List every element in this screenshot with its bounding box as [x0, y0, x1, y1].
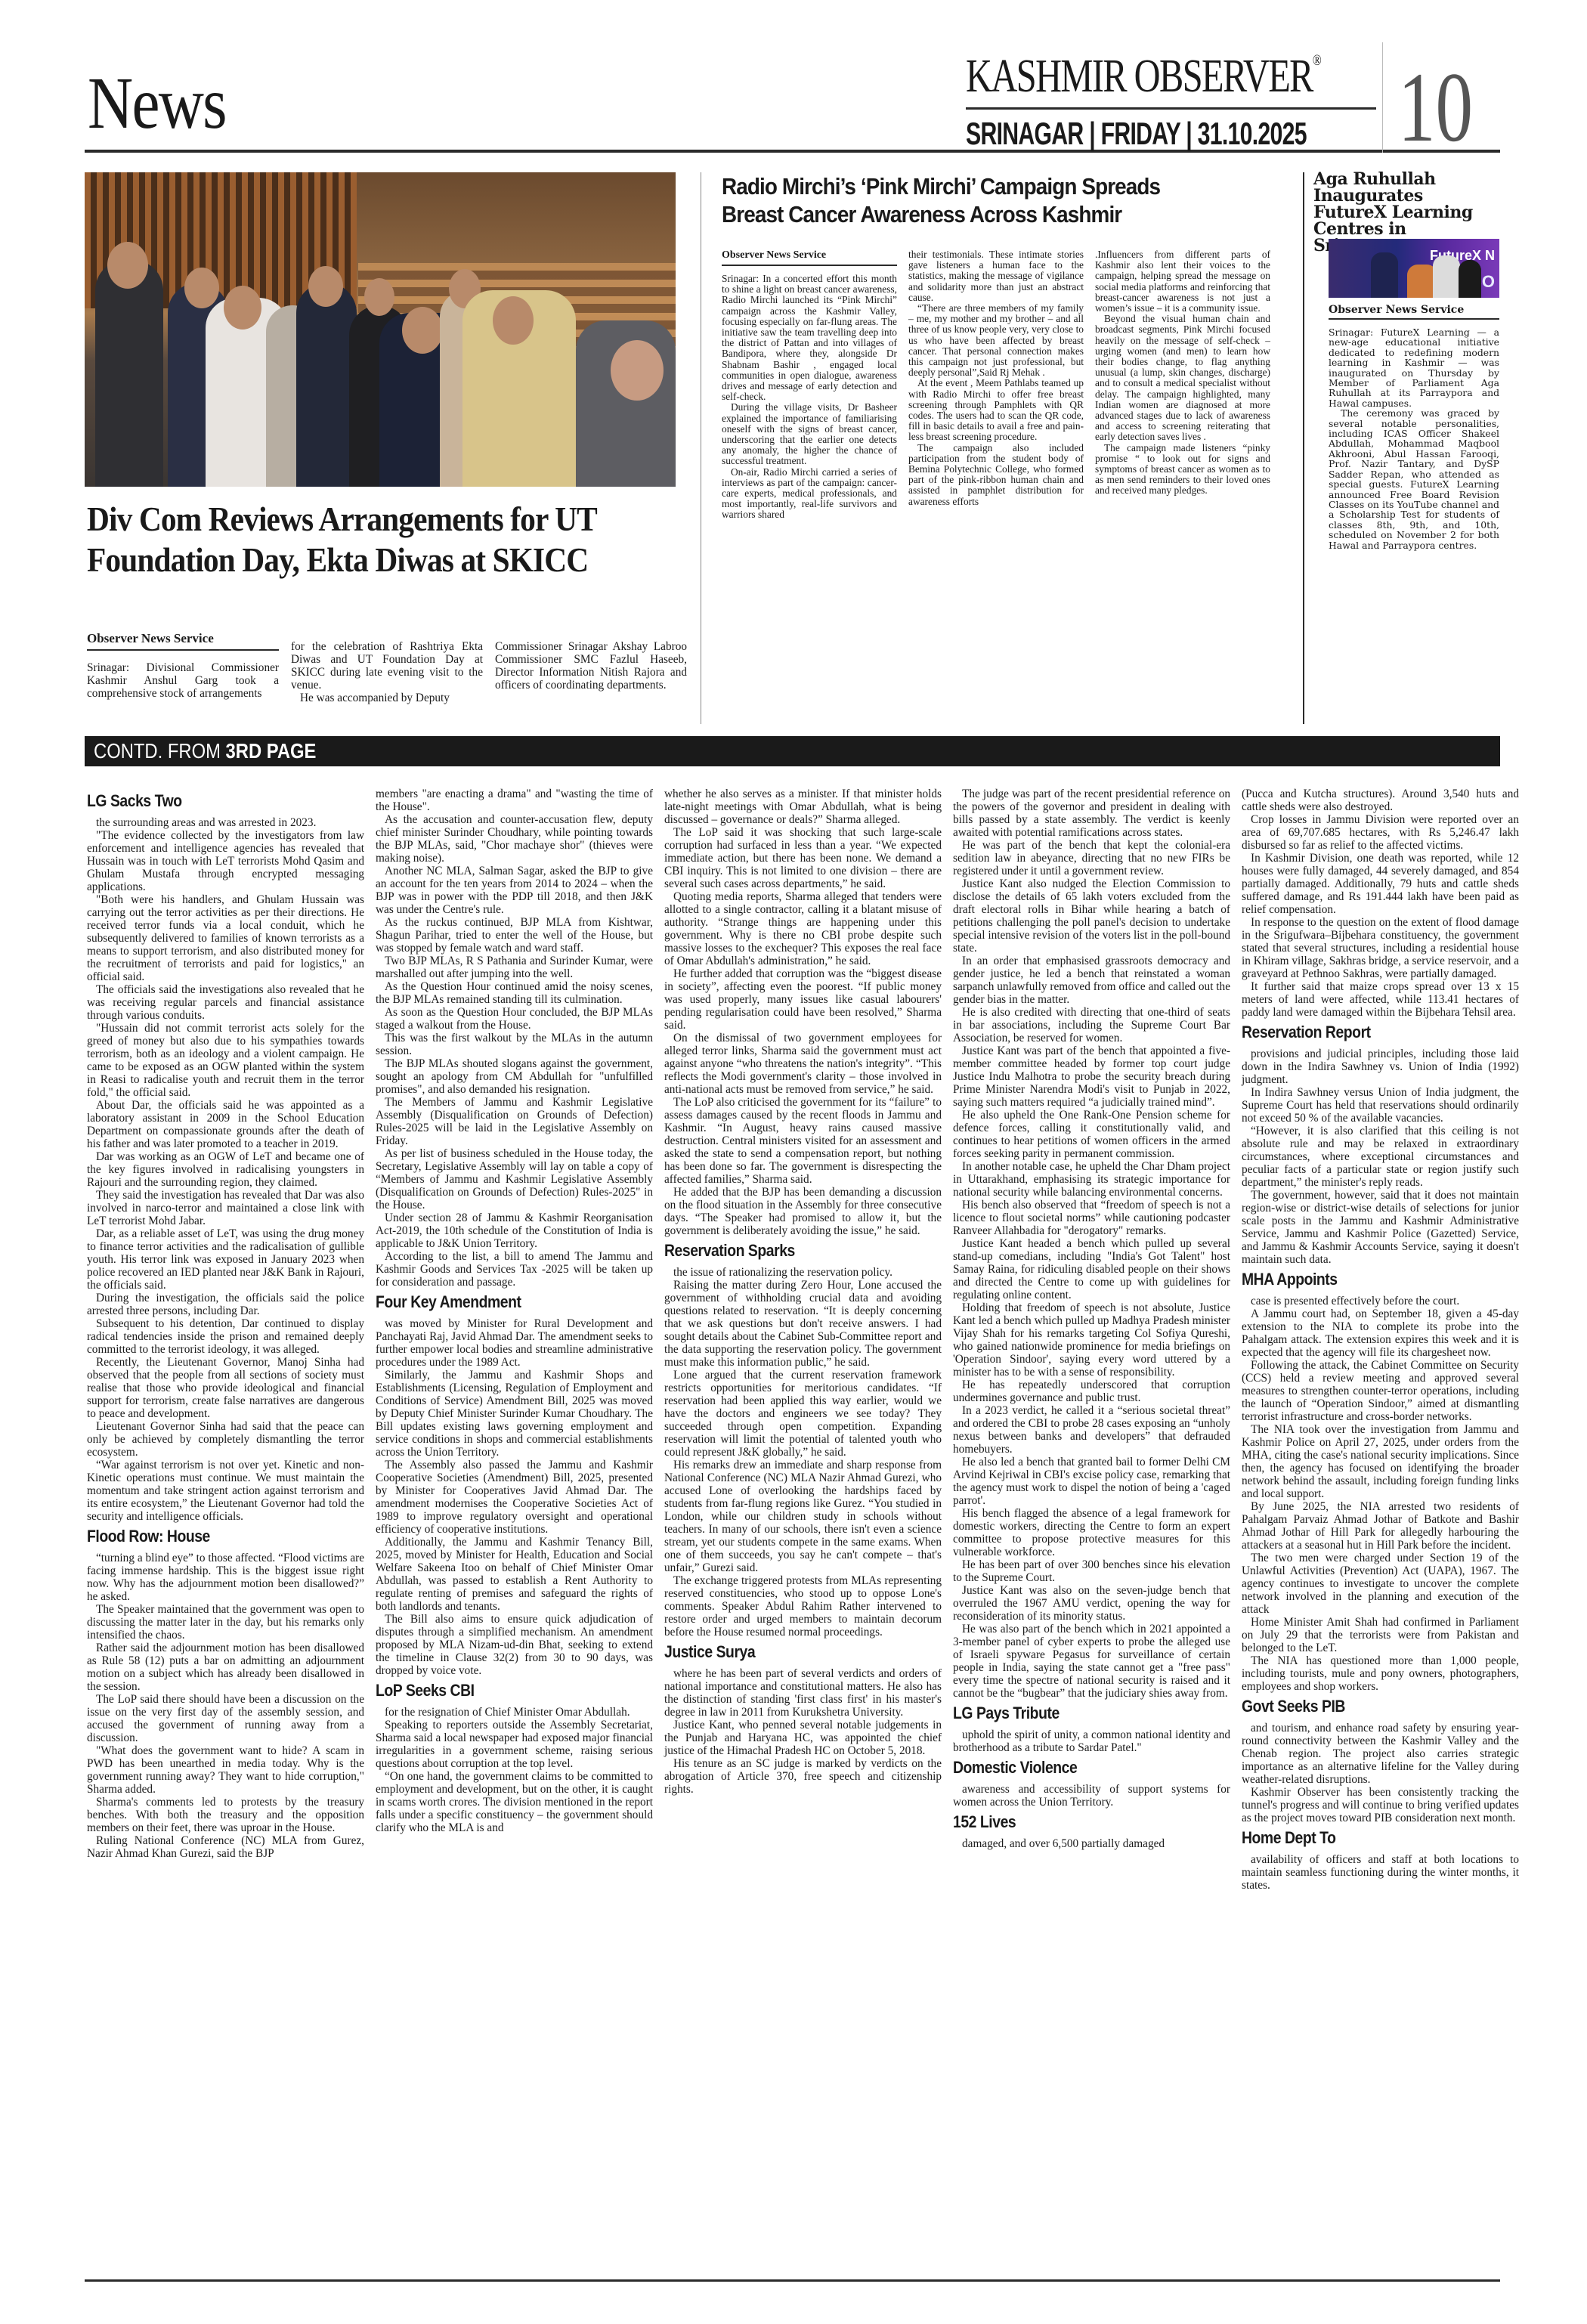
paragraph: uphold the spirit of unity, a common nat…	[953, 1728, 1230, 1754]
paragraph: His bench also observed that “freedom of…	[953, 1199, 1230, 1237]
subhead: Justice Surya	[664, 1642, 908, 1663]
paragraph: The exchange triggered protests from MLA…	[664, 1574, 942, 1639]
paragraph: Holding that freedom of speech is not ab…	[953, 1301, 1230, 1379]
masthead-divider	[1382, 42, 1383, 153]
paragraph: They said the investigation has revealed…	[87, 1189, 364, 1227]
paragraph: for the resignation of Chief Minister Om…	[376, 1706, 653, 1719]
paragraph: damaged, and over 6,500 partially damage…	[953, 1837, 1230, 1850]
paragraph: Sharma's comments led to protests by the…	[87, 1796, 364, 1834]
page-number: 10	[1398, 57, 1473, 157]
column-divider	[701, 172, 701, 724]
paragraph: On-air, Radio Mirchi carried a series of…	[722, 467, 897, 521]
paragraph: The judge was part of the recent preside…	[953, 788, 1230, 839]
paragraph: provisions and judicial principles, incl…	[1242, 1048, 1519, 1086]
paragraph: The BJP MLAs shouted slogans against the…	[376, 1057, 653, 1096]
paragraph: In an order that emphasised grassroots d…	[953, 955, 1230, 1006]
paragraph: "What does the government want to hide? …	[87, 1744, 364, 1796]
paragraph: “War against terrorism is not over yet. …	[87, 1459, 364, 1523]
subhead: LG Pays Tribute	[953, 1703, 1197, 1724]
paragraph: As the accusation and counter-accusation…	[376, 813, 653, 865]
photo-person	[95, 260, 163, 487]
divcom-headline: Div Com Reviews Arrangements for UT Foun…	[87, 499, 631, 580]
registered-mark: ®	[1313, 52, 1320, 69]
paragraph: The Members of Jammu and Kashmir Legisla…	[376, 1096, 653, 1147]
paragraph: As the ruckus continued, BJP MLA from Ki…	[376, 916, 653, 955]
paragraph: Rather said the adjournment motion has b…	[87, 1642, 364, 1693]
paragraph: He added that the BJP has been demanding…	[664, 1186, 942, 1237]
continued-col-1: LG Sacks Twothe surrounding areas and wa…	[87, 788, 364, 1860]
paragraph: and tourism, and enhance road safety by …	[1242, 1722, 1519, 1786]
photo-person	[1371, 252, 1398, 298]
paragraph: Additionally, the Jammu and Kashmir Tena…	[376, 1536, 653, 1613]
paragraph: case is presented effectively before the…	[1242, 1295, 1519, 1307]
subhead: 152 Lives	[953, 1812, 1197, 1833]
paragraph: Srinagar: In a concerted effort this mon…	[722, 274, 897, 402]
paragraph: “turning a blind eye” to those affected.…	[87, 1552, 364, 1603]
paragraph: The campaign made listeners “pinky promi…	[1095, 443, 1270, 497]
photo-person	[296, 283, 357, 487]
paragraph: It further said that maize crops spread …	[1242, 980, 1519, 1019]
paragraph: He also led a bench that granted bail to…	[953, 1456, 1230, 1507]
divcom-photo	[85, 172, 676, 487]
paragraph: A Jammu court had, on September 18, give…	[1242, 1307, 1519, 1359]
photo-person	[1459, 260, 1481, 298]
paragraph: Raising the matter during Zero Hour, Lon…	[664, 1279, 942, 1369]
paragraph: Lieutenant Governor Sinha had said that …	[87, 1420, 364, 1459]
continued-from-banner: CONTD. FROM 3RD PAGE	[85, 736, 1500, 766]
paragraph: His tenure as an SC judge is marked by v…	[664, 1757, 942, 1796]
continued-col-4: The judge was part of the recent preside…	[953, 788, 1230, 1850]
pinkmirchi-col-1: Observer News Service Srinagar: In a con…	[722, 249, 897, 521]
paragraph: About Dar, the officials said he was app…	[87, 1099, 364, 1150]
paragraph: In another notable case, he upheld the C…	[953, 1160, 1230, 1199]
paragraph: The LoP said there should have been a di…	[87, 1693, 364, 1744]
paragraph: The officials said the investigations al…	[87, 983, 364, 1022]
subhead: Home Dept To	[1242, 1827, 1486, 1849]
paragraph: Srinagar: Divisional Commissioner Kashmi…	[87, 661, 279, 700]
paragraph: The two men were charged under Section 1…	[1242, 1552, 1519, 1616]
paragraph: was moved by Minister for Rural Developm…	[376, 1317, 653, 1369]
paragraph: Another NC MLA, Salman Sagar, asked the …	[376, 865, 653, 916]
pinkmirchi-col-2: their testimonials. These intimate stori…	[908, 249, 1084, 507]
paragraph: As soon as the Question Hour concluded, …	[376, 1006, 653, 1032]
photo-head	[308, 266, 343, 307]
photo-head	[493, 296, 534, 345]
brand-block: KASHMIR OBSERVER® SRINAGAR | FRIDAY | 31…	[966, 53, 1389, 152]
paragraph: Recently, the Lieutenant Governor, Manoj…	[87, 1356, 364, 1420]
brand-rule	[966, 107, 1376, 110]
paragraph: Home Minister Amit Shah had confirmed in…	[1242, 1616, 1519, 1654]
dateline: SRINAGAR | FRIDAY | 31.10.2025	[966, 116, 1270, 152]
divcom-col-1: Observer News Service Srinagar: Division…	[87, 631, 279, 700]
paragraph: This was the first walkout by the MLAs i…	[376, 1032, 653, 1057]
photo-head	[611, 340, 664, 401]
subhead: Domestic Violence	[953, 1757, 1197, 1778]
paragraph: He further added that corruption was the…	[664, 967, 942, 1032]
subhead: Four Key Amendment	[376, 1292, 620, 1313]
paragraph: His bench flagged the absence of a legal…	[953, 1507, 1230, 1558]
paragraph: He has repeatedly underscored that corru…	[953, 1379, 1230, 1404]
page-bottom-rule	[85, 2279, 1500, 2282]
paragraph: Crop losses in Jammu Division were repor…	[1242, 813, 1519, 852]
paragraph: The Speaker maintained that the governme…	[87, 1603, 364, 1642]
paragraph: members "are enacting a drama" and "wast…	[376, 788, 653, 813]
paragraph: Justice Kant also nudged the Election Co…	[953, 877, 1230, 955]
paragraph: During the investigation, the officials …	[87, 1292, 364, 1317]
paragraph: His remarks drew an immediate and sharp …	[664, 1459, 942, 1574]
paragraph: In Indira Sawhney versus Union of India …	[1242, 1086, 1519, 1125]
paragraph: The Bill also aims to ensure quick adjud…	[376, 1613, 653, 1677]
paragraph: their testimonials. These intimate stori…	[908, 249, 1084, 303]
subhead: LoP Seeks CBI	[376, 1680, 620, 1701]
paragraph: “There are three members of my family – …	[908, 303, 1084, 378]
paragraph: Speaking to reporters outside the Assemb…	[376, 1719, 653, 1770]
pinkmirchi-headline: Radio Mirchi’s ‘Pink Mirchi’ Campaign Sp…	[722, 172, 1225, 228]
paragraph: “On one hand, the government claims to b…	[376, 1770, 653, 1834]
paragraph: According to the list, a bill to amend T…	[376, 1250, 653, 1289]
paragraph: "Hussain did not commit terrorist acts s…	[87, 1022, 364, 1099]
paragraph: At the event , Meem Pathlabs teamed up w…	[908, 378, 1084, 442]
paragraph: In response to the question on the exten…	[1242, 916, 1519, 980]
paragraph: Following the attack, the Cabinet Commit…	[1242, 1359, 1519, 1423]
paragraph: Similarly, the Jammu and Kashmir Shops a…	[376, 1369, 653, 1459]
photo-head	[107, 242, 148, 289]
paragraph: Justice Kant was also on the seven-judge…	[953, 1584, 1230, 1623]
paragraph: He was part of the bench that kept the c…	[953, 839, 1230, 877]
paragraph: Two BJP MLAs, R S Pathania and Surinder …	[376, 955, 653, 980]
paragraph: availability of officers and staff at bo…	[1242, 1853, 1519, 1892]
paragraph: He was accompanied by Deputy	[291, 692, 483, 704]
paragraph: The NIA has questioned more than 1,000 p…	[1242, 1654, 1519, 1693]
paragraph: Subsequent to his detention, Dar continu…	[87, 1317, 364, 1356]
pinkmirchi-col-3: .Influencers from different parts of Kas…	[1095, 249, 1270, 497]
paragraph: The NIA took over the investigation from…	[1242, 1423, 1519, 1500]
paragraph: Beyond the visual human chain and broadc…	[1095, 314, 1270, 442]
paragraph: Lone argued that the current reservation…	[664, 1369, 942, 1459]
paragraph: The LoP also criticised the government f…	[664, 1096, 942, 1186]
divcom-col-3: Commissioner Srinagar Akshay Labroo Comm…	[495, 640, 687, 692]
photo-head	[224, 286, 261, 330]
paragraph: On the dismissal of two government emplo…	[664, 1032, 942, 1096]
section-title: News	[88, 67, 226, 141]
subhead: Reservation Sparks	[664, 1240, 908, 1261]
paragraph: awareness and accessibility of support s…	[953, 1783, 1230, 1809]
paragraph: .Influencers from different parts of Kas…	[1095, 249, 1270, 314]
paragraph: “However, it is also clarified that this…	[1242, 1125, 1519, 1189]
paragraph: Srinagar: FutureX Learning — a new-age e…	[1329, 327, 1499, 408]
subhead: Govt Seeks PIB	[1242, 1696, 1486, 1717]
paragraph: The government, however, said that it do…	[1242, 1189, 1519, 1266]
paragraph: the surrounding areas and was arrested i…	[87, 816, 364, 829]
paragraph: Quoting media reports, Sharma alleged th…	[664, 890, 942, 967]
paragraph: Justice Kant headed a bench which pulled…	[953, 1237, 1230, 1301]
paragraph: Kashmir Observer has been consistently t…	[1242, 1786, 1519, 1824]
paragraph: whether he also serves as a minister. If…	[664, 788, 942, 826]
photo-head	[184, 268, 219, 308]
paragraph: The Assembly also passed the Jammu and K…	[376, 1459, 653, 1536]
subhead: Flood Row: House	[87, 1526, 331, 1547]
paragraph: Under section 28 of Jammu & Kashmir Reor…	[376, 1212, 653, 1250]
paragraph: As per list of business scheduled in the…	[376, 1147, 653, 1212]
paragraph: the issue of rationalizing the reservati…	[664, 1266, 942, 1279]
paragraph: He also upheld the One Rank-One Pension …	[953, 1109, 1230, 1160]
paragraph: Dar, as a reliable asset of LeT, was usi…	[87, 1227, 364, 1292]
paragraph: Justice Kant was part of the bench that …	[953, 1044, 1230, 1109]
paragraph: (Pucca and Kutcha structures). Around 3,…	[1242, 788, 1519, 813]
subhead: MHA Appoints	[1242, 1269, 1486, 1290]
paragraph: Commissioner Srinagar Akshay Labroo Comm…	[495, 640, 687, 692]
paragraph: During the village visits, Dr Basheer ex…	[722, 402, 897, 466]
newspaper-logo: KASHMIR OBSERVER®	[966, 53, 1296, 97]
photo-person	[1433, 255, 1460, 298]
paragraph: "The evidence collected by the investiga…	[87, 829, 364, 893]
paragraph: for the celebration of Rashtriya Ekta Di…	[291, 640, 483, 692]
subhead: Reservation Report	[1242, 1022, 1486, 1043]
continued-col-5: (Pucca and Kutcha structures). Around 3,…	[1242, 788, 1519, 1892]
paragraph: In a 2023 verdict, he called it a “serio…	[953, 1404, 1230, 1456]
paragraph: He is also credited with directing that …	[953, 1006, 1230, 1044]
subhead: LG Sacks Two	[87, 791, 331, 812]
continued-col-3: whether he also serves as a minister. If…	[664, 788, 942, 1796]
paragraph: The ceremony was graced by several notab…	[1329, 408, 1499, 550]
continued-label: CONTD. FROM 3RD PAGE	[94, 739, 316, 763]
column-divider	[1303, 172, 1304, 724]
divcom-col-2: for the celebration of Rashtriya Ekta Di…	[291, 640, 483, 704]
paragraph: As the Question Hour continued amid the …	[376, 980, 653, 1006]
masthead: News KASHMIR OBSERVER® SRINAGAR | FRIDAY…	[85, 0, 1500, 153]
continued-col-2: members "are enacting a drama" and "wast…	[376, 788, 653, 1834]
paragraph: Dar was working as an OGW of LeT and bec…	[87, 1150, 364, 1189]
paragraph: He was also part of the bench which in 2…	[953, 1623, 1230, 1700]
paragraph: The campaign also included participation…	[908, 443, 1084, 507]
futurex-photo: FutureX N WELCO	[1329, 239, 1499, 298]
paragraph: Justice Kant, who penned several notable…	[664, 1719, 942, 1757]
paragraph: "Both were his handlers, and Ghulam Huss…	[87, 893, 364, 983]
futurex-byline: Observer News Service	[1329, 304, 1499, 320]
futurex-body: Observer News Service Srinagar: FutureX …	[1329, 304, 1499, 550]
photo-head	[364, 278, 394, 316]
paragraph: where he has been part of several verdic…	[664, 1667, 942, 1719]
divcom-byline: Observer News Service	[87, 631, 279, 651]
paragraph: He has been part of over 300 benches sin…	[953, 1558, 1230, 1584]
brand-name: KASHMIR OBSERVER	[966, 51, 1313, 102]
paragraph: By June 2025, the NIA arrested two resid…	[1242, 1500, 1519, 1552]
photo-head	[402, 307, 443, 354]
paragraph: In Kashmir Division, one death was repor…	[1242, 852, 1519, 916]
paragraph: The LoP said it was shocking that such l…	[664, 826, 942, 890]
pinkmirchi-byline: Observer News Service	[722, 249, 897, 266]
paragraph: Ruling National Conference (NC) MLA from…	[87, 1834, 364, 1860]
